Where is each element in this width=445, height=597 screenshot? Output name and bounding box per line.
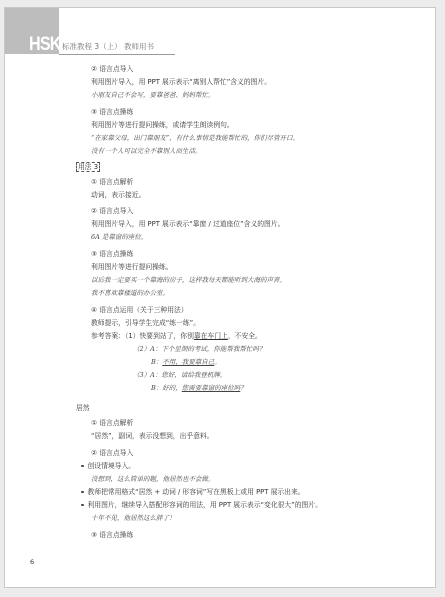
answer-blank: 不用，我要靠自己 — [162, 358, 214, 366]
header-logo-block: HSK — [5, 8, 59, 54]
document-page: HSK 标准教程 3（上） 教师用书 ② 语言点导入 利用图片导入，用 PPT … — [4, 7, 436, 588]
header-title: 标准教程 3（上） 教师用书 — [62, 42, 154, 52]
section-heading: 居然 — [76, 404, 90, 413]
answer-line-3a: （3）A：您好，请给我登机牌。 — [133, 371, 226, 380]
step-heading: ② 语言点导入 — [91, 207, 133, 216]
step-text: “居然”，副词，表示没想到，出乎意料。 — [91, 432, 214, 441]
step-text: 动词，表示接近。 — [91, 191, 145, 200]
answer-line-2a: （2）A：下个星期的考试，你能帮我帮忙吗？ — [133, 345, 265, 354]
example-sentence: “在家靠父母，出门靠朋友”，有什么事情是我能帮忙的，你们尽管开口。 — [91, 134, 299, 143]
step-heading: ④ 语言点运用（关于三种用法） — [91, 306, 188, 315]
usage-label: 用法 3 — [76, 163, 100, 172]
usage-3-box: 用法 3 — [76, 162, 100, 172]
step-heading: ③ 语言点操练 — [91, 531, 133, 540]
step-text: 利用图片等进行提问操练。 — [91, 263, 173, 272]
answer-blank: 靠在车门上 — [194, 332, 228, 340]
example-sentence: 我不喜欢靠楼道的办公室。 — [91, 289, 169, 298]
example-sentence: 十年不见，他居然这么胖了！ — [91, 514, 176, 523]
hsk-logo: HSK — [29, 35, 61, 54]
page-number: 6 — [30, 558, 34, 566]
answer-line-2b: B：不用，我要靠自己。 — [151, 358, 221, 367]
example-sentence: 没有一个人可以完全不靠别人而生活。 — [91, 147, 202, 156]
bullet-item: 教师把常用格式“居然 + 动词 / 形容词”写在黑板上或用 PPT 展示出来。 — [81, 488, 305, 497]
example-sentence: 6A 是靠窗的座位。 — [91, 233, 147, 242]
example-sentence: 没想到，这么简单的题，他居然也不会做。 — [91, 475, 215, 484]
answers-label: 参考答案： — [91, 332, 125, 340]
step-text: 利用图片等进行提问操练，或请学生朗读例句。 — [91, 121, 234, 130]
answer-blank: 您需要靠窗的座位吗 — [182, 384, 241, 392]
step-heading: ③ 语言点操练 — [91, 250, 133, 259]
step-heading: ① 语言点解析 — [91, 178, 133, 187]
step-heading: ② 语言点导入 — [91, 65, 133, 74]
header-divider — [59, 54, 175, 55]
step-text: 利用图片导入，用 PPT 展示表示“靠窗 / 过道座位”含义的图片。 — [91, 220, 284, 229]
step-heading: ② 语言点导入 — [91, 449, 133, 458]
answer-line-1: 参考答案：（1）快要到站了，你别靠在车门上，不安全。 — [91, 332, 262, 341]
answer-line-3b: B：好的，您需要靠窗的座位吗？ — [151, 384, 247, 393]
step-text: 教师提示，引导学生完成“练一练”。 — [91, 319, 200, 328]
step-text: 利用图片导入，用 PPT 展示表示“离别人帮忙”含义的图片。 — [91, 78, 271, 87]
example-sentence: 小朋友自己不会写，要靠爸爸、妈妈帮忙。 — [91, 91, 215, 100]
bullet-item: 利用图片，继续导入搭配形容词的用法，用 PPT 展示表示“变化很大”的图片。 — [81, 501, 322, 510]
example-sentence: 以后我一定要买一个靠海的房子，这样我每天都能听到大海的声音。 — [91, 276, 286, 285]
bullet-item: 创设情境导入。 — [81, 462, 135, 471]
step-heading: ③ 语言点操练 — [91, 108, 133, 117]
step-heading: ① 语言点解析 — [91, 419, 133, 428]
